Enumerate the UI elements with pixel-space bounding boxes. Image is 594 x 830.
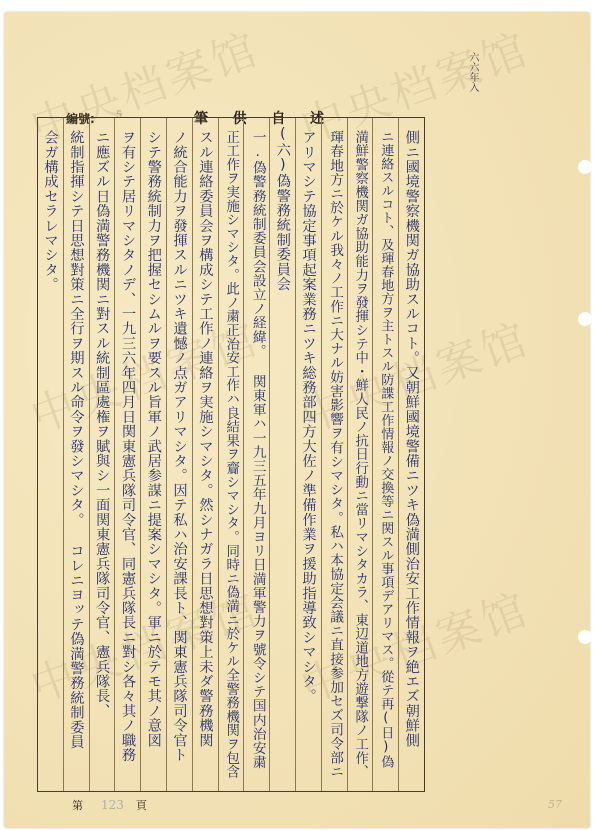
manuscript-column: アリマシテ協定事項起案業務ニツキ総務部四方大佐ノ準備作業ヲ援助指導致シマシタ。 [295,118,321,791]
manuscript-column: ノ統合能力ヲ發揮スルニツキ遺憾ノ点ガアリマシタ。因テ私ハ治安課長ト、関東憲兵隊司… [166,118,192,791]
handwritten-line: ノ統合能力ヲ發揮スルニツキ遺憾ノ点ガアリマシタ。因テ私ハ治安課長ト、関東憲兵隊司… [172,130,186,762]
handwritten-line: 側ニ國境警察機関ガ協助スルコト。又朝鮮國境警備ニツキ偽満側治安工作情報ヲ絶エズ朝… [404,130,418,747]
binding-hole [578,312,592,326]
manuscript-column: ニ應ズル日偽満警務機関ニ對スル統制區處権ヲ賦與シ一面関東憲兵隊司令官、憲兵隊長、 [89,118,115,791]
manuscript-column: 正工作ヲ実施シマシタ。此ノ粛正治安工作ハ良結果ヲ齎シマシタ。同時ニ偽満ニ於ケル全… [218,118,244,791]
handwritten-line: 統制指揮シテ日思想對策ニ全行ヲ期スル命令ヲ發シマシタ。 コレニヨッテ偽満警務統制… [69,130,83,749]
handwritten-line: 満鮮警察機関ガ協助能力ヲ發揮シテ中・鮮人民ノ抗日行動ニ當リマシタカラ、東辺道地方… [353,130,366,779]
handwritten-line: ニ應ズル日偽満警務機関ニ對スル統制區處権ヲ賦與シ一面関東憲兵隊司令官、憲兵隊長、 [95,130,109,718]
handwritten-line: ヲ有シテ居リマシタノデ、一九三六年四月日関東憲兵隊司令官、同憲兵隊長ニ對シ各々其… [121,130,135,762]
manuscript-grid: 側ニ國境警察機関ガ協助スルコト。又朝鮮國境警備ニツキ偽満側治安工作情報ヲ絶エズ朝… [37,117,425,792]
manuscript-column: ニ連絡スルコト、及琿春地方ヲ主トスル防諜工作情報ノ交換等ニ関スル事項デアリマス。… [372,118,398,791]
corner-number: 57 [548,798,562,811]
manuscript-column: シテ警務統制力ヲ把握セシムルヲ要スル旨軍ノ武居参謀ニ提案シマシタ。軍ニ於テモ其ノ… [140,118,166,791]
manuscript-column: スル連絡委員会ヲ構成シテ工作ノ連絡ヲ実施シマシタ。然シナガラ日思想對策上未ダ警務… [192,118,218,791]
handwritten-line: スル連絡委員会ヲ構成シテ工作ノ連絡ヲ実施シマシタ。然シナガラ日思想對策上未ダ警務… [198,130,212,747]
manuscript-column: 琿春地方ニ於ケル我々ノ工作ニ大ナル妨害影響ヲ有シマシタ。私ハ本協定会議ニ直接参加… [321,118,347,791]
manuscript-column: 統制指揮シテ日思想對策ニ全行ヲ期スル命令ヲ發シマシタ。 コレニヨッテ偽満警務統制… [63,118,89,791]
manuscript-column: 側ニ國境警察機関ガ協助スルコト。又朝鮮國境警備ニツキ偽満側治安工作情報ヲ絶エズ朝… [398,118,424,791]
handwritten-line: シテ警務統制力ヲ把握セシムルヲ要スル旨軍ノ武居参謀ニ提案シマシタ。軍ニ於テモ其ノ… [146,130,160,747]
top-right-annotation: 六六年入 [466,52,480,92]
handwritten-line: 琿春地方ニ於ケル我々ノ工作ニ大ナル妨害影響ヲ有シマシタ。私ハ本協定会議ニ直接参加… [327,130,341,779]
binding-hole [578,160,592,174]
handwritten-line: 一.偽警務統制委員会設立ノ経緯。 関東軍ハ一九三五年九月ヨリ日満軍警力ヲ號令シテ… [250,130,264,769]
manuscript-column: 満鮮警察機関ガ協助能力ヲ發揮シテ中・鮮人民ノ抗日行動ニ當リマシタカラ、東辺道地方… [347,118,373,791]
manuscript-column: 会ガ構成セラレマシタ。 [38,118,63,791]
handwritten-line: アリマシテ協定事項起案業務ニツキ総務部四方大佐ノ準備作業ヲ援助指導致シマシタ。 [301,130,315,703]
handwritten-line: ニ連絡スルコト、及琿春地方ヲ主トスル防諜工作情報ノ交換等ニ関スル事項デアリマス。… [379,130,392,768]
manuscript-column: 一.偽警務統制委員会設立ノ経緯。 関東軍ハ一九三五年九月ヨリ日満軍警力ヲ號令シテ… [243,118,269,791]
manuscript-column: ヲ有シテ居リマシタノデ、一九三六年四月日関東憲兵隊司令官、同憲兵隊長ニ對シ各々其… [114,118,140,791]
page-number: 第123頁 [72,797,147,813]
page-number-value: 123 [101,798,124,812]
page-prefix: 第 [72,799,83,812]
handwritten-line: 会ガ構成セラレマシタ。 [43,130,57,292]
binding-hole [578,630,592,644]
handwritten-line: 正工作ヲ実施シマシタ。此ノ粛正治安工作ハ良結果ヲ齎シマシタ。同時ニ偽満ニ於ケル全… [224,130,237,779]
handwritten-line: (六)偽警務統制委員会 [275,126,289,291]
manuscript-column: (六)偽警務統制委員会 [269,118,295,791]
page-suffix: 頁 [136,799,147,812]
